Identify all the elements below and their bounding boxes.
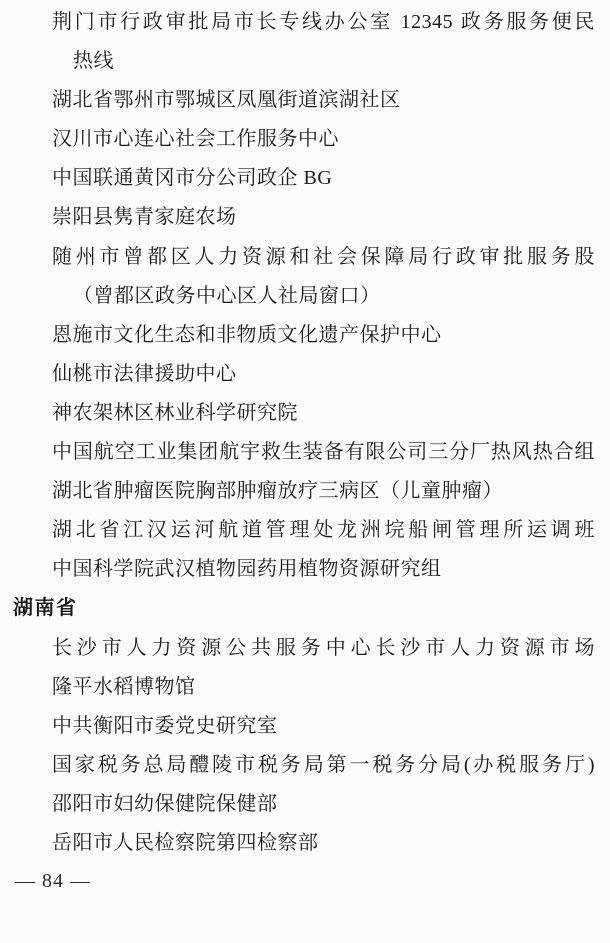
document-line: 热线	[13, 42, 595, 81]
document-line: 仙桃市法律援助中心	[13, 355, 595, 394]
page-number: — 84 —	[15, 870, 91, 892]
document-line: 崇阳县隽青家庭农场	[13, 198, 595, 237]
document-line: 隆平水稻博物馆	[13, 668, 595, 707]
document-line: 邵阳市妇幼保健院保健部	[13, 785, 595, 824]
document-line: 国家税务总局醴陵市税务局第一税务分局(办税服务厅)	[13, 746, 595, 785]
document-line: 荆门市行政审批局市长专线办公室 12345 政务服务便民	[13, 3, 595, 42]
document-line: 岳阳市人民检察院第四检察部	[13, 824, 595, 863]
document-line: 中国航空工业集团航宇救生装备有限公司三分厂热风热合组	[13, 433, 595, 472]
document-line: 汉川市心连心社会工作服务中心	[13, 120, 595, 159]
document-line: （曾都区政务中心区人社局窗口）	[13, 277, 595, 316]
document-line: 湖北省江汉运河航道管理处龙洲垸船闸管理所运调班	[13, 511, 595, 550]
document-line: 神农架林区林业科学研究院	[13, 394, 595, 433]
document-line: 长沙市人力资源公共服务中心长沙市人力资源市场	[13, 629, 595, 668]
document-line: 湖北省鄂州市鄂城区凤凰街道滨湖社区	[13, 81, 595, 120]
document-line: 中国科学院武汉植物园药用植物资源研究组	[13, 550, 595, 589]
document-line: 中共衡阳市委党史研究室	[13, 707, 595, 746]
document-line: 随州市曾都区人力资源和社会保障局行政审批服务股	[13, 238, 595, 277]
document-line: 中国联通黄冈市分公司政企 BG	[13, 159, 595, 198]
document-line: 湖北省肿瘤医院胸部肿瘤放疗三病区（儿童肿瘤）	[13, 472, 595, 511]
organization-list: 荆门市行政审批局市长专线办公室 12345 政务服务便民热线湖北省鄂州市鄂城区凤…	[0, 0, 610, 863]
section-header: 湖南省	[13, 589, 595, 628]
scanned-document-page: { "page": { "background_color": "#fcfcfc…	[0, 0, 610, 943]
page-footer: — 84 —	[15, 866, 610, 896]
document-line: 恩施市文化生态和非物质文化遗产保护中心	[13, 316, 595, 355]
